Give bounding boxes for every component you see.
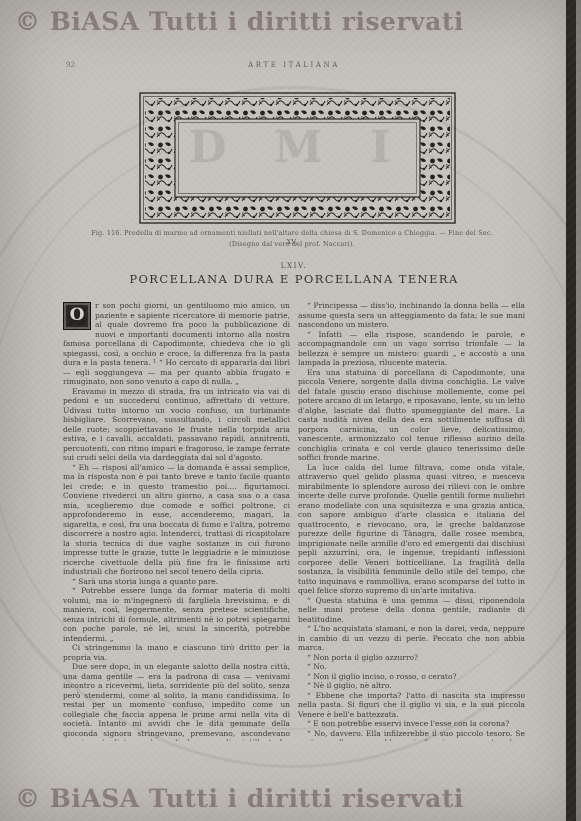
watermark-bottom: © BiASA Tutti i diritti riservati xyxy=(15,784,464,813)
paragraph: “ No, davvero. Ella infilzerebbe il suo … xyxy=(298,729,525,742)
paragraph: “ Non il giglio inciso, o rosso, o cerat… xyxy=(298,672,525,682)
drop-cap-initial: O xyxy=(63,302,91,330)
watermark-top: © BiASA Tutti i diritti riservati xyxy=(15,7,464,36)
paragraph: “ Sarà una storia lunga a quanto pare. xyxy=(63,577,290,587)
journal-title: ARTE ITALIANA xyxy=(63,61,525,69)
paragraph: “ Infatti — ella rispose, scandendo le p… xyxy=(298,330,525,368)
paragraph: Ci stringemmo la mano e ciascuno tirò dr… xyxy=(63,643,290,662)
paragraph: “ Non porta il giglio azzurro? xyxy=(298,653,525,663)
paragraph: “ L'ho acquistata stamani, e non la dare… xyxy=(298,624,525,653)
right-column: “ Principessa — diss'io, inchinando la d… xyxy=(298,301,525,741)
ghost-stamp-letters: D M I xyxy=(175,122,420,173)
paragraph: La luce calda del lume filtrava, come on… xyxy=(298,463,525,596)
paragraph: “ Potrebbe essere lunga da formar materi… xyxy=(63,586,290,643)
scan-edge-margin xyxy=(576,0,581,821)
text-columns: O r son pochi giorni, un gentiluomo mio … xyxy=(63,301,525,741)
paragraph-text: r son pochi giorni, un gentiluomo mio am… xyxy=(63,301,290,386)
scan-gutter-shadow xyxy=(566,0,576,821)
paragraph: “ Questa statuina è una gemma — dissi, r… xyxy=(298,596,525,625)
paragraph: “ Principessa — diss'io, inchinando la d… xyxy=(298,301,525,330)
article-title: PORCELLANA DURA E PORCELLANA TENERA xyxy=(63,272,525,286)
paragraph: “ Ebbene che importa? l'atto di nascita … xyxy=(298,691,525,720)
paragraph: “ Eh — risposi all'amico — la domanda è … xyxy=(63,463,290,577)
paragraph: Eravamo in mezzo di strada, fra un intri… xyxy=(63,387,290,463)
paragraph: “ No. xyxy=(298,662,525,672)
chapter-number: LXIV. xyxy=(63,262,525,270)
drop-cap-letter: O xyxy=(70,311,85,321)
left-column: O r son pochi giorni, un gentiluomo mio … xyxy=(63,301,290,741)
paragraph: Era una statuina di porcellana di Capodi… xyxy=(298,368,525,463)
paragraph: Due sere dopo, in un elegante salotto de… xyxy=(63,662,290,741)
figure-plate-engraving: D M I xyxy=(139,92,456,224)
paragraph: “ Nè il giglio, nè altro. xyxy=(298,681,525,691)
opening-paragraph: O r son pochi giorni, un gentiluomo mio … xyxy=(63,301,290,387)
scanned-page: © BiASA Tutti i diritti riservati 92 ART… xyxy=(0,0,581,821)
figure-caption-credit: (Disegno dal vero del prof. Naccari). xyxy=(88,240,496,248)
paragraph: “ E non potrebbe esservi invece l'esse c… xyxy=(298,719,525,729)
